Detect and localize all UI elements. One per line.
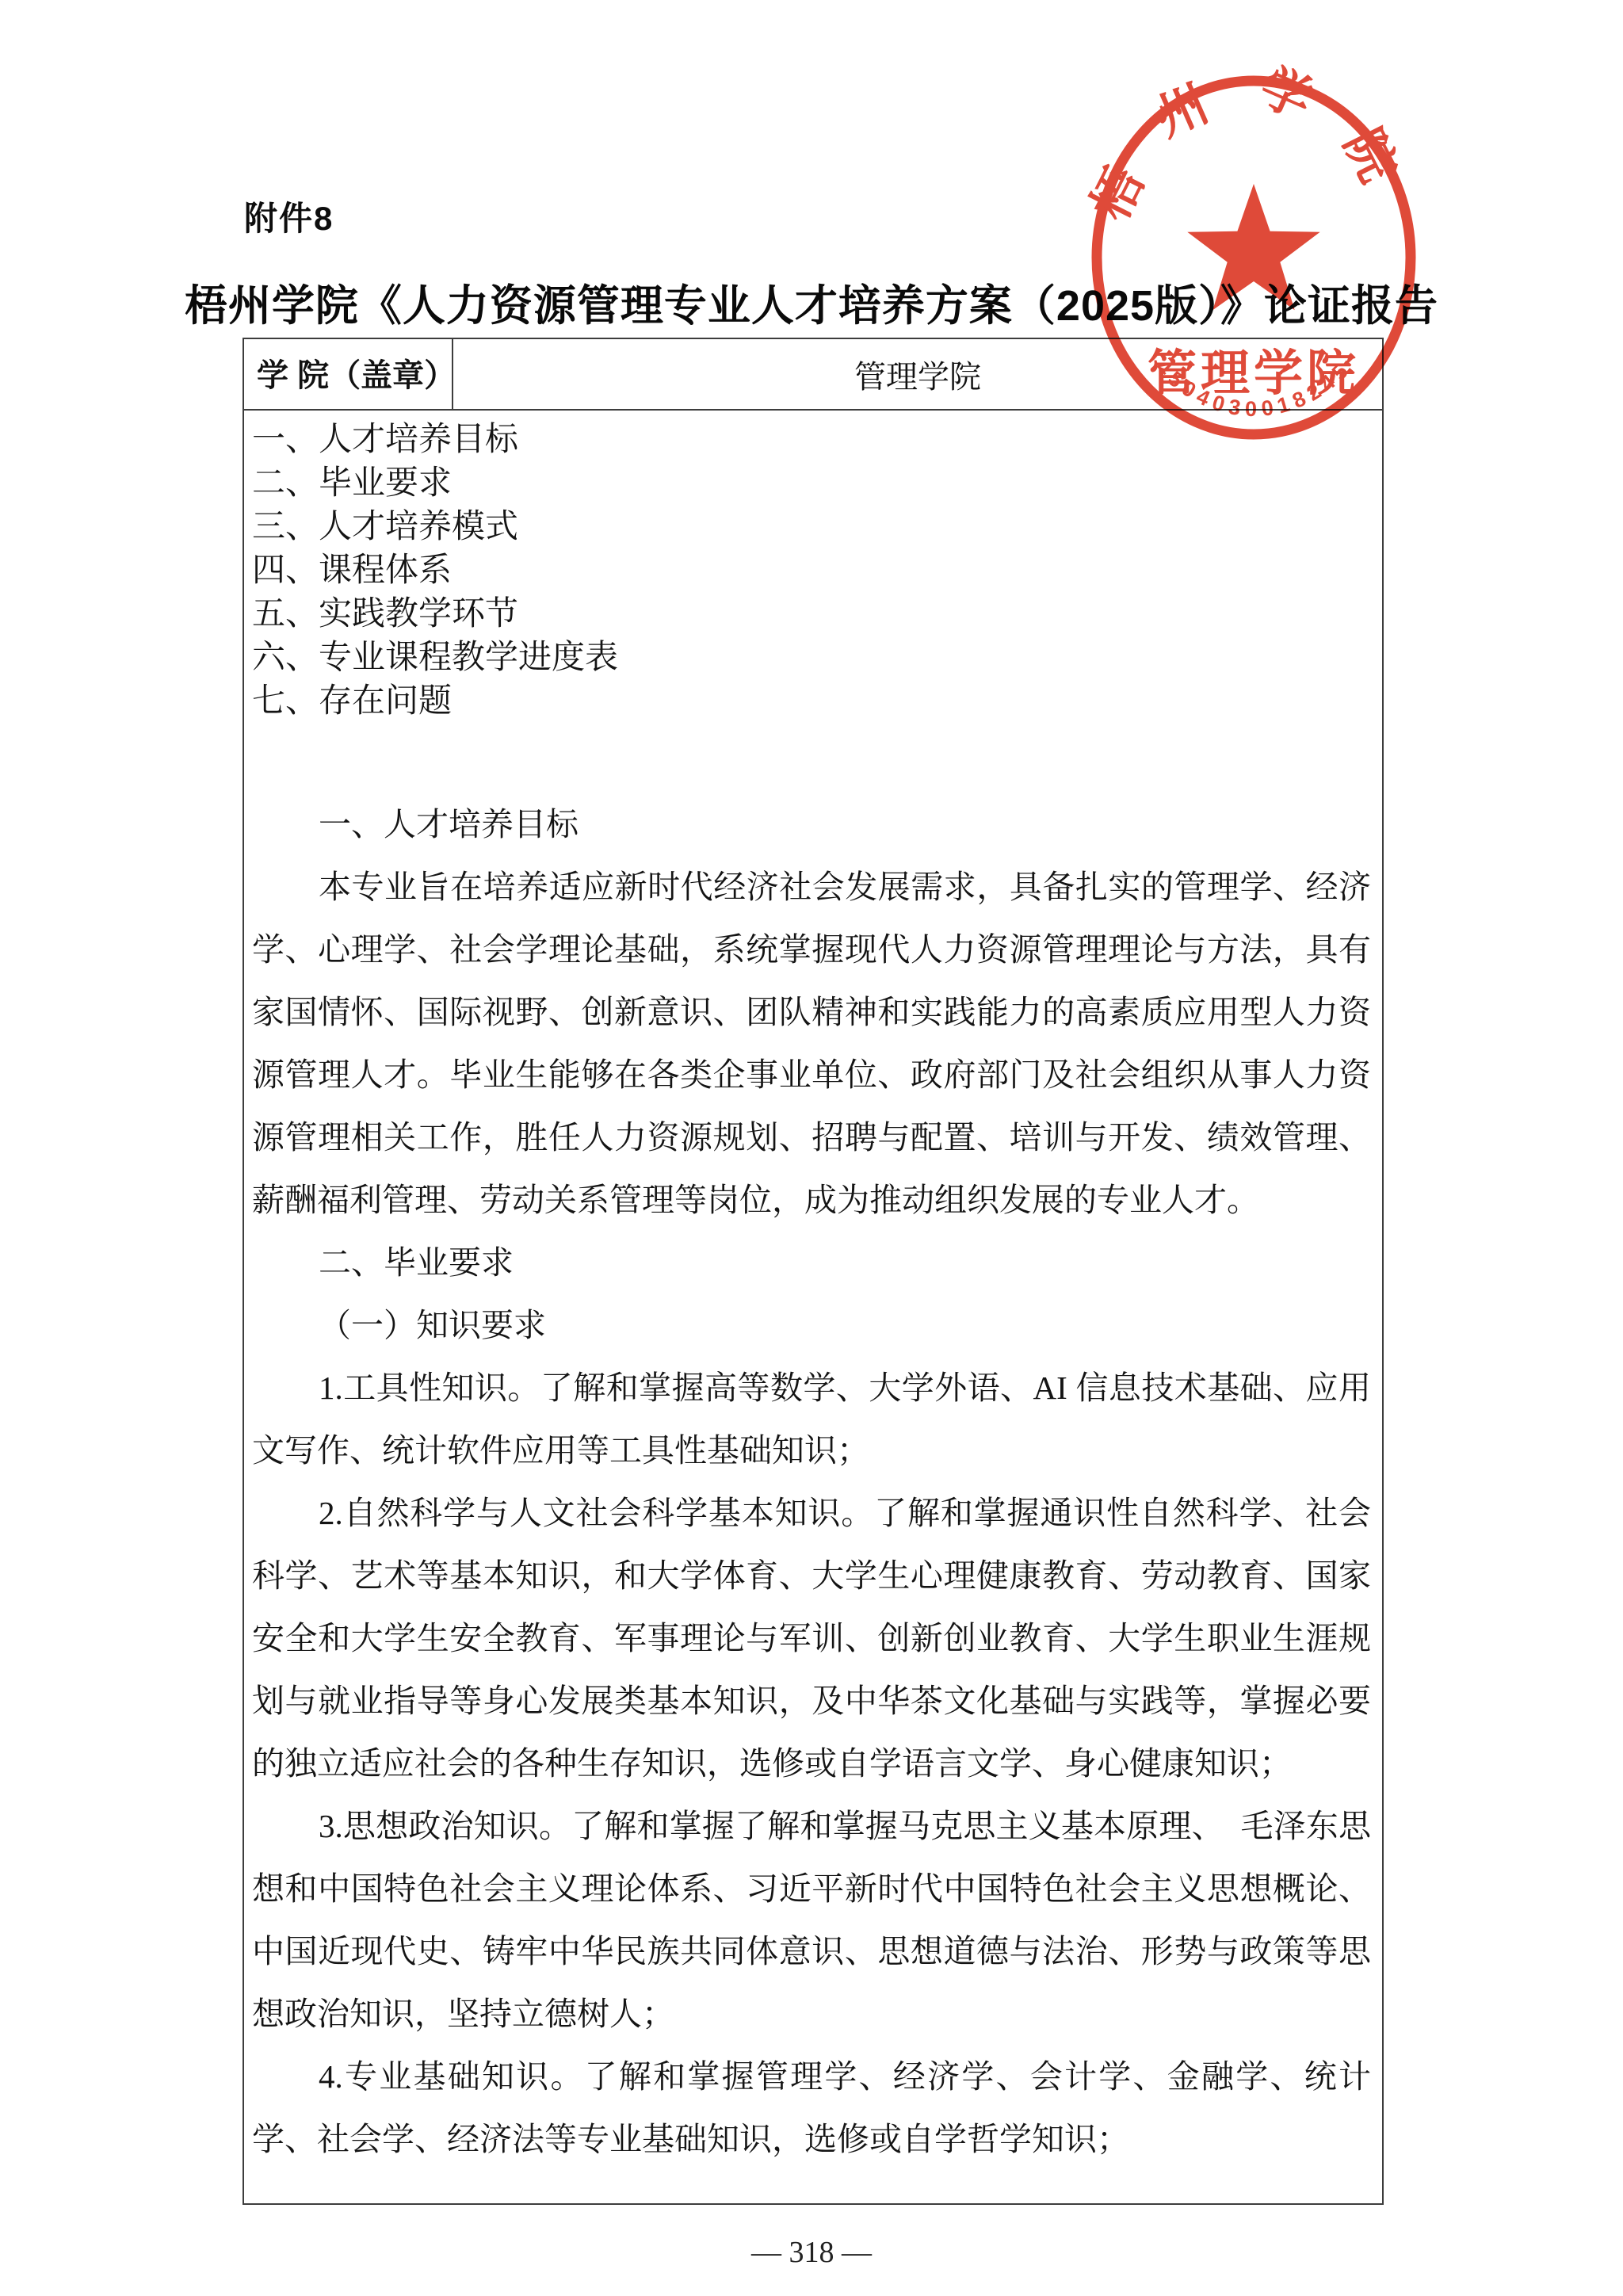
body-line: 想政治知识，坚持立德树人； bbox=[252, 1983, 1371, 2046]
body-line: 科学、艺术等基本知识，和大学体育、大学生心理健康教育、劳动教育、国家 bbox=[252, 1545, 1371, 1607]
college-row: 学 院（盖章） 管理学院 bbox=[244, 339, 1382, 411]
toc-item: 六、专业课程教学进度表 bbox=[252, 636, 1371, 680]
body-line: （一）知识要求 bbox=[252, 1294, 1371, 1357]
toc-item: 一、人才培养目标 bbox=[252, 418, 1371, 462]
seal-ring-text: 梧州学院 bbox=[1082, 58, 1426, 229]
body-line: 文写作、统计软件应用等工具性基础知识； bbox=[252, 1419, 1371, 1482]
document-page: 附件8 梧州学院《人力资源管理专业人才培养方案（2025版）》论证报告 学 院（… bbox=[0, 0, 1623, 2296]
toc-item: 四、课程体系 bbox=[252, 549, 1371, 593]
body-line: 划与就业指导等身心发展类基本知识，及中华茶文化基础与实践等，掌握必要 bbox=[252, 1670, 1371, 1733]
page-number: — 318 — bbox=[0, 2235, 1623, 2270]
body-line: 二、毕业要求 bbox=[252, 1232, 1371, 1294]
body-line: 薪酬福利管理、劳动关系管理等岗位，成为推动组织发展的专业人才。 bbox=[252, 1169, 1371, 1232]
body-line: 源管理人才。毕业生能够在各类企事业单位、政府部门及社会组织从事人力资 bbox=[252, 1044, 1371, 1106]
body-line: 安全和大学生安全教育、军事理论与军训、创新创业教育、大学生职业生涯规 bbox=[252, 1607, 1371, 1670]
toc-item: 三、人才培养模式 bbox=[252, 506, 1371, 549]
toc-item: 二、毕业要求 bbox=[252, 462, 1371, 506]
body-line: 想和中国特色社会主义理论体系、习近平新时代中国特色社会主义思想概论、 bbox=[252, 1858, 1371, 1920]
body-line: 家国情怀、国际视野、创新意识、团队精神和实践能力的高素质应用型人力资 bbox=[252, 981, 1371, 1044]
report-body-cell: 一、人才培养目标二、毕业要求三、人才培养模式四、课程体系五、实践教学环节六、专业… bbox=[244, 411, 1382, 2203]
toc-item: 五、实践教学环节 bbox=[252, 593, 1371, 636]
body-line: 4.专业基础知识。了解和掌握管理学、经济学、会计学、金融学、统计 bbox=[252, 2046, 1371, 2108]
body-line: 学、社会学、经济法等专业基础知识，选修或自学哲学知识； bbox=[252, 2108, 1371, 2171]
college-name-value: 管理学院 bbox=[453, 339, 1382, 409]
page-title: 梧州学院《人力资源管理专业人才培养方案（2025版）》论证报告 bbox=[119, 272, 1504, 333]
body-line: 3.思想政治知识。了解和掌握了解和掌握马克思主义基本原理、 毛泽东思 bbox=[252, 1795, 1371, 1858]
body-line: 中国近现代史、铸牢中华民族共同体意识、思想道德与法治、形势与政策等思 bbox=[252, 1920, 1371, 1983]
report-table: 学 院（盖章） 管理学院 一、人才培养目标二、毕业要求三、人才培养模式四、课程体… bbox=[242, 338, 1384, 2205]
body-line: 学、心理学、社会学理论基础，系统掌握现代人力资源管理理论与方法，具有 bbox=[252, 919, 1371, 981]
body-line: 2.自然科学与人文社会科学基本知识。了解和掌握通识性自然科学、社会 bbox=[252, 1482, 1371, 1545]
body-line: 源管理相关工作，胜任人力资源规划、招聘与配置、培训与开发、绩效管理、 bbox=[252, 1106, 1371, 1169]
body-text: 一、人才培养目标本专业旨在培养适应新时代经济社会发展需求，具备扎实的管理学、经济… bbox=[252, 793, 1371, 2171]
body-line: 本专业旨在培养适应新时代经济社会发展需求，具备扎实的管理学、经济 bbox=[252, 856, 1371, 919]
college-stamp-label: 学 院（盖章） bbox=[244, 339, 453, 409]
toc-list: 一、人才培养目标二、毕业要求三、人才培养模式四、课程体系五、实践教学环节六、专业… bbox=[252, 418, 1371, 724]
body-line: 的独立适应社会的各种生存知识，选修或自学语言文学、身心健康知识； bbox=[252, 1733, 1371, 1795]
attachment-label: 附件8 bbox=[244, 193, 334, 240]
toc-item: 七、存在问题 bbox=[252, 680, 1371, 724]
body-line: 1.工具性知识。了解和掌握高等数学、大学外语、AI 信息技术基础、应用 bbox=[252, 1357, 1371, 1419]
body-line: 一、人才培养目标 bbox=[252, 793, 1371, 856]
